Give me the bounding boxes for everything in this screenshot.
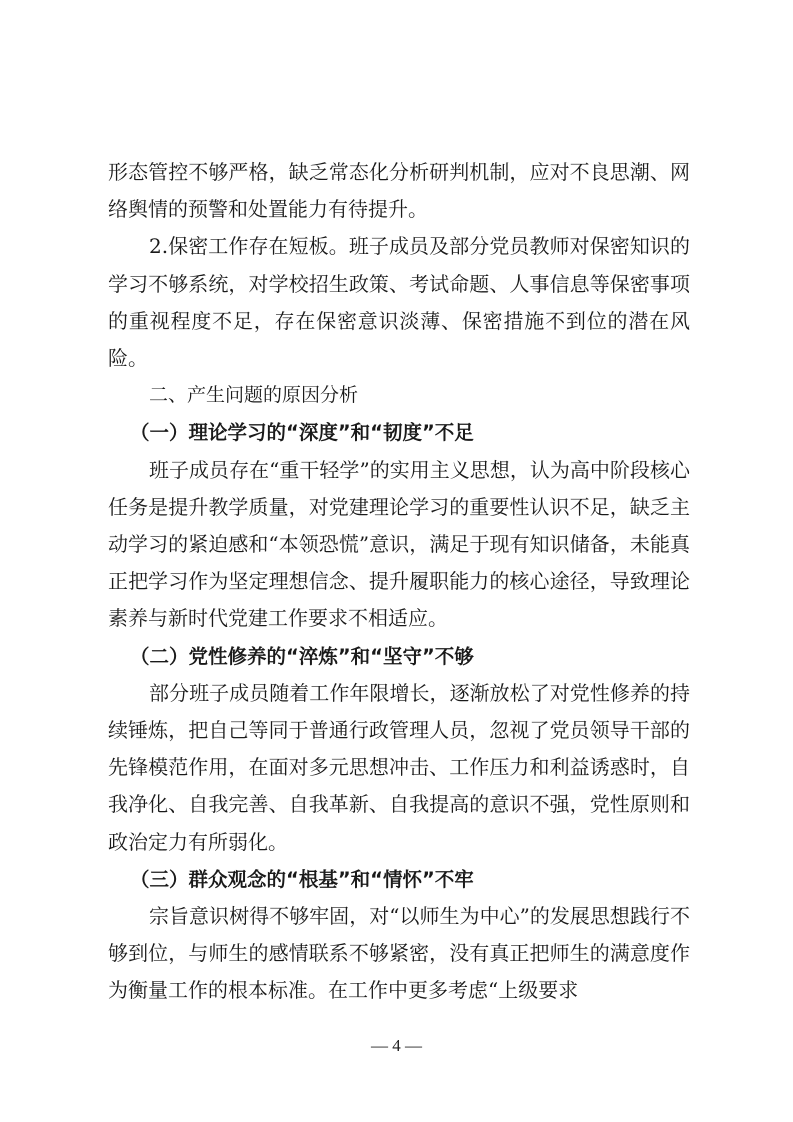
paragraph-confidentiality: 2.保密工作存在短板。班子成员及部分党员教师对保密知识的学习不够系统，对学校招生… bbox=[108, 228, 690, 377]
paragraph-continued: 形态管控不够严格，缺乏常态化分析研判机制，应对不良思潮、网络舆情的预警和处置能力… bbox=[108, 154, 690, 228]
paragraph-party-spirit: 部分班子成员随着工作年限增长，逐渐放松了对党性修养的持续锤炼，把自己等同于普通行… bbox=[108, 675, 690, 861]
subheading-mass-view: （三）群众观念的“根基”和“情怀”不牢 bbox=[108, 861, 690, 898]
document-page: 形态管控不够严格，缺乏常态化分析研判机制，应对不良思潮、网络舆情的预警和处置能力… bbox=[0, 0, 793, 1122]
section-heading-cause-analysis: 二、产生问题的原因分析 bbox=[108, 377, 690, 414]
subheading-party-spirit: （二）党性修养的“淬炼”和“坚守”不够 bbox=[108, 638, 690, 675]
subheading-theory-study: （一）理论学习的“深度”和“韧度”不足 bbox=[108, 414, 690, 451]
paragraph-mass-view: 宗旨意识树得不够牢固，对“以师生为中心”的发展思想践行不够到位，与师生的感情联系… bbox=[108, 898, 690, 1010]
document-body: 形态管控不够严格，缺乏常态化分析研判机制，应对不良思潮、网络舆情的预警和处置能力… bbox=[108, 154, 690, 1010]
page-number: — 4 — bbox=[0, 1036, 793, 1056]
paragraph-theory-study: 班子成员存在“重干轻学”的实用主义思想，认为高中阶段核心任务是提升教学质量，对党… bbox=[108, 452, 690, 638]
